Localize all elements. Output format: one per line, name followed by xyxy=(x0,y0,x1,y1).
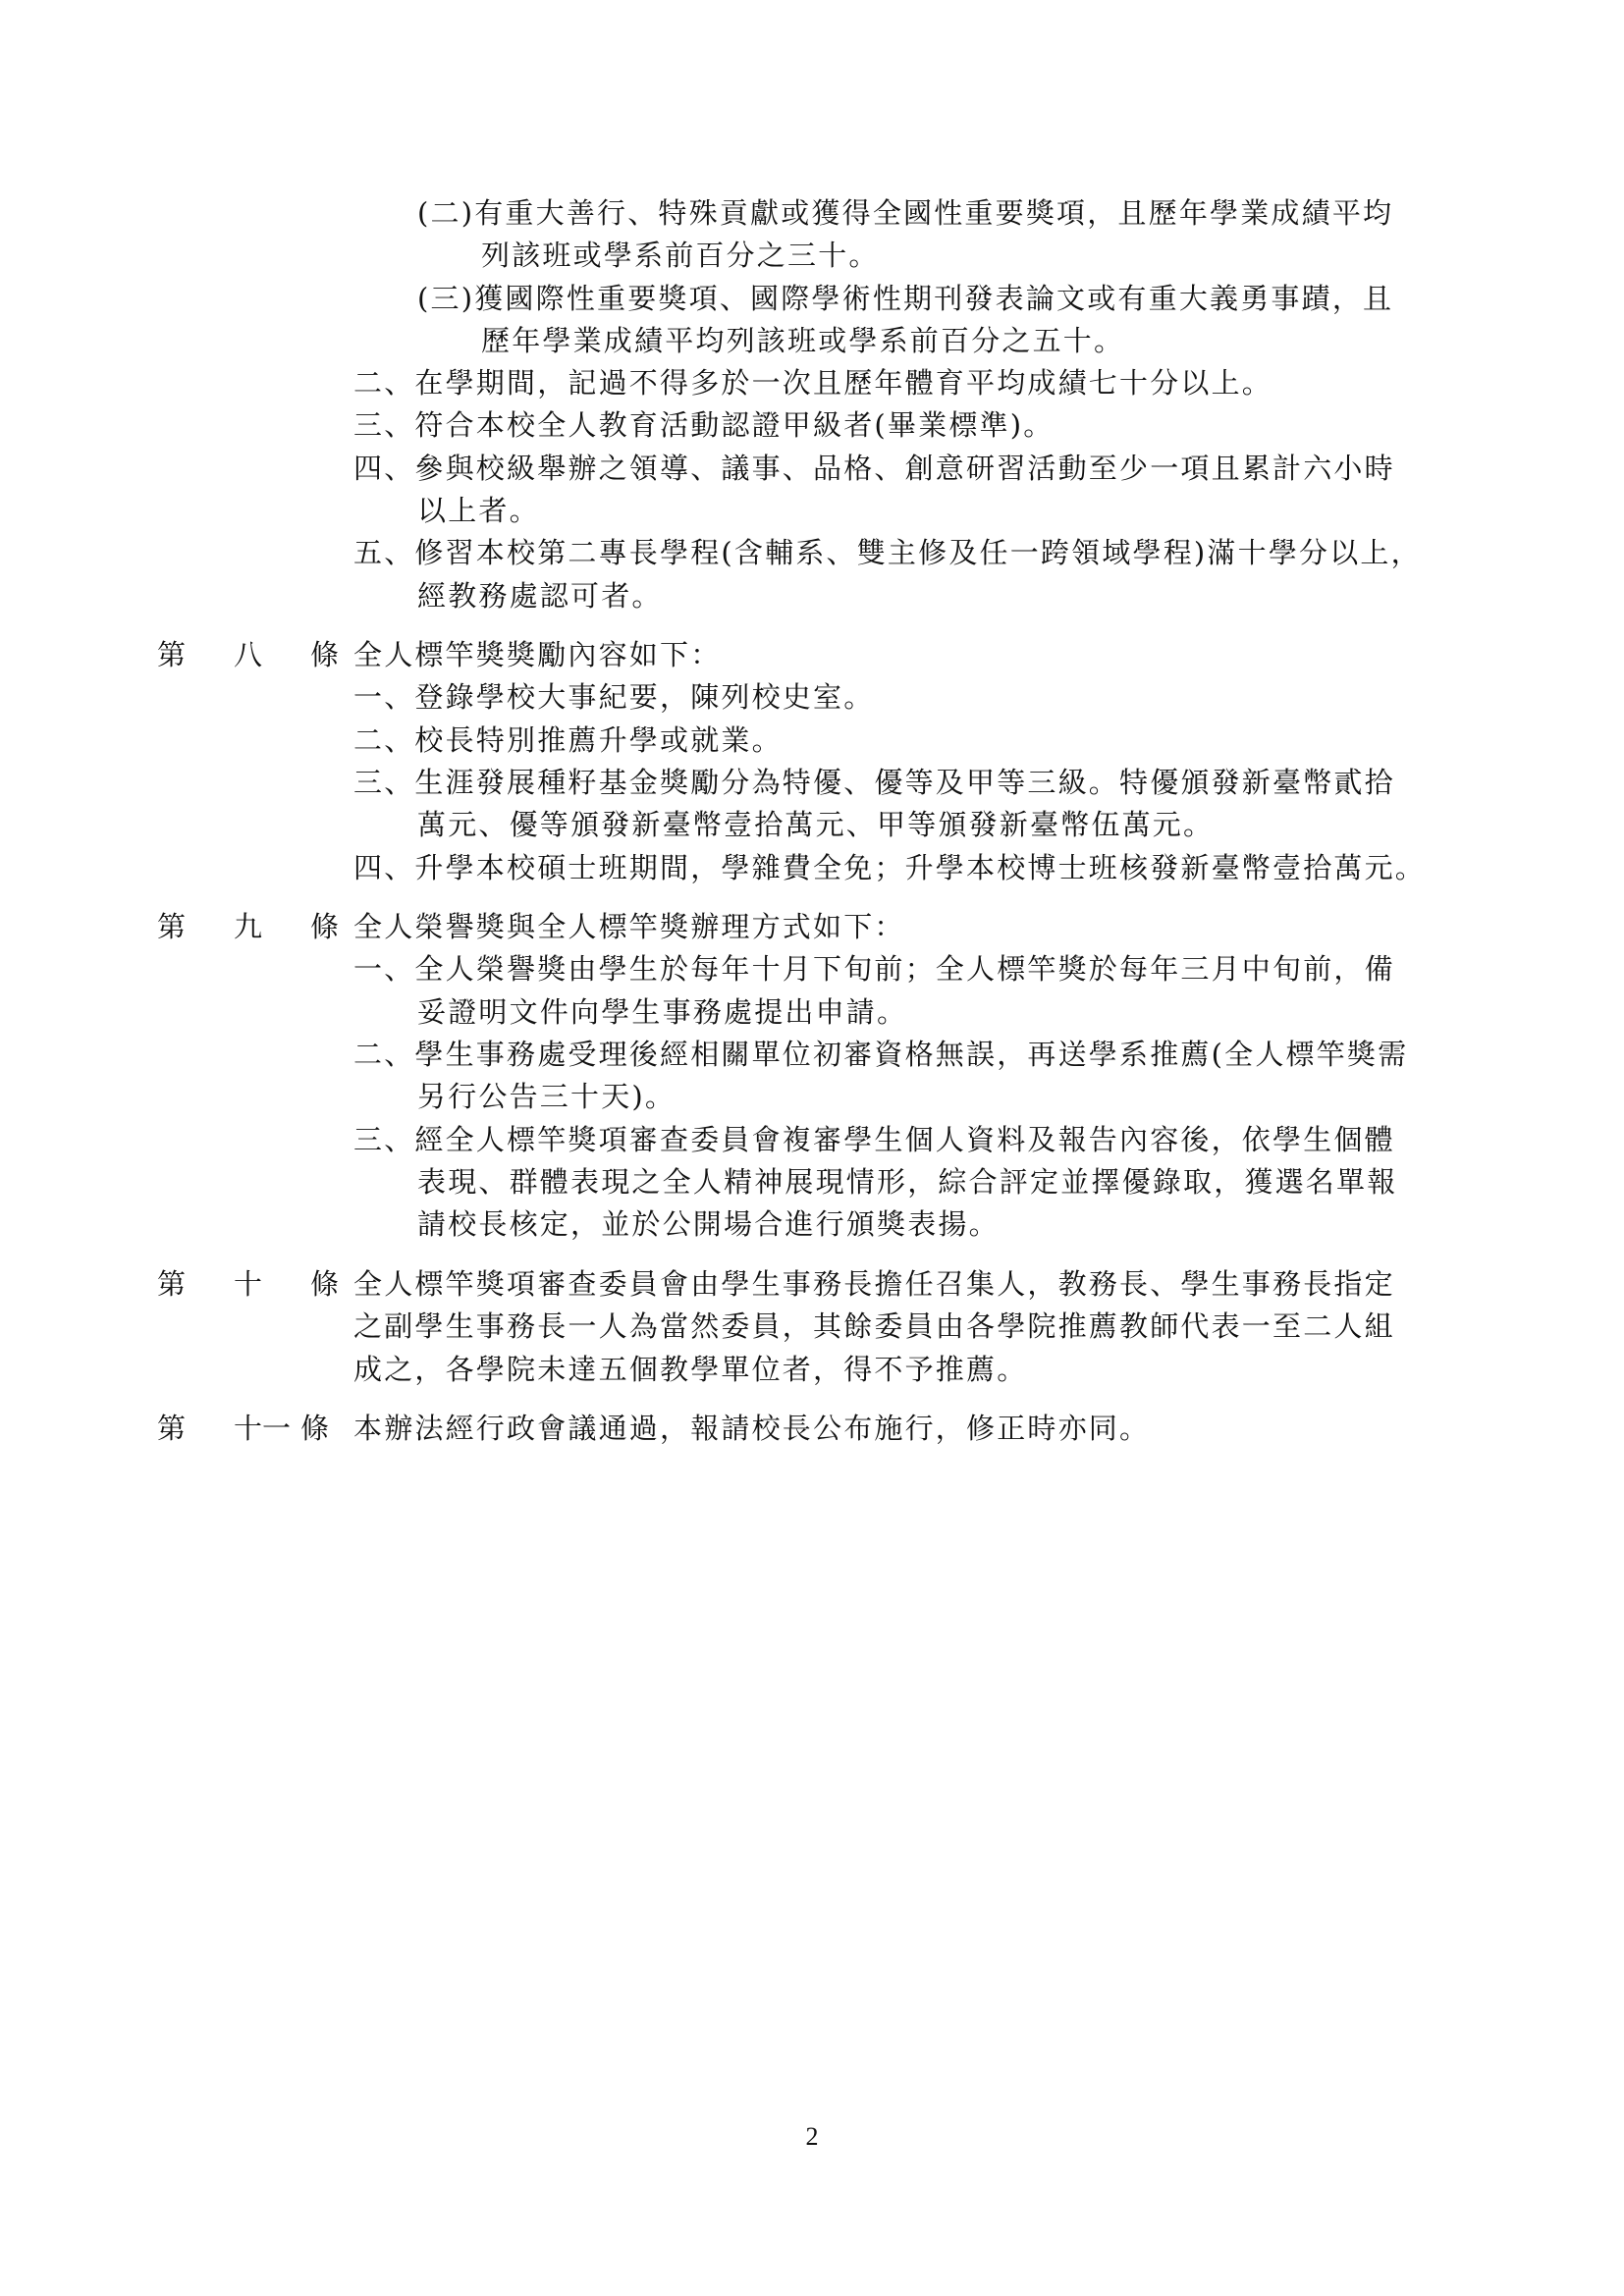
article-label-number: 九 xyxy=(234,910,310,943)
article-10-line-3: 成之，各學院未達五個教學單位者，得不予推薦。 xyxy=(353,1353,1027,1386)
article-8-item-1: 一、登錄學校大事紀要，陳列校史室。 xyxy=(353,680,874,714)
article-label-number: 十一 xyxy=(234,1412,300,1445)
article-9-intro: 全人榮譽獎與全人標竿獎辦理方式如下： xyxy=(353,910,905,943)
sub-item-2-line-1: (二)有重大善行、特殊貢獻或獲得全國性重要獎項，且歷年學業成績平均 xyxy=(417,196,1393,230)
article-label-number: 八 xyxy=(234,638,310,671)
article-8-item-3-line-2: 萬元、優等頒發新臺幣壹拾萬元、甲等頒發新臺幣伍萬元。 xyxy=(417,808,1214,841)
article-10-label: 第十條 xyxy=(157,1267,387,1301)
article-label-prefix: 第 xyxy=(157,910,234,943)
article-label-number: 十 xyxy=(234,1267,310,1301)
page-number: 2 xyxy=(0,2122,1624,2152)
item-2-line-1: 二、在學期間，記過不得多於一次且歷年體育平均成績七十分以上。 xyxy=(353,366,1272,400)
article-11-line-1: 本辦法經行政會議通過，報請校長公布施行，修正時亦同。 xyxy=(353,1412,1150,1445)
item-4-line-1: 四、參與校級舉辦之領導、議事、品格、創意研習活動至少一項且累計六小時 xyxy=(353,452,1395,485)
article-label-prefix: 第 xyxy=(157,1267,234,1301)
article-9-label: 第九條 xyxy=(157,910,387,943)
item-5-line-2: 經教務處認可者。 xyxy=(417,579,663,613)
article-10-line-2: 之副學生事務長一人為當然委員，其餘委員由各學院推薦教師代表一至二人組 xyxy=(353,1309,1395,1343)
article-label-prefix: 第 xyxy=(157,638,234,671)
article-9-item-1-line-1: 一、全人榮譽獎由學生於每年十月下旬前；全人標竿獎於每年三月中旬前，備 xyxy=(353,952,1395,986)
article-9-item-3-line-1: 三、經全人標竿獎項審查委員會複審學生個人資料及報告內容後，依學生個體 xyxy=(353,1123,1395,1156)
sub-item-2-line-2: 列該班或學系前百分之三十。 xyxy=(481,239,880,272)
article-9-item-1-line-2: 妥證明文件向學生事務處提出申請。 xyxy=(417,995,907,1029)
article-label-prefix: 第 xyxy=(157,1412,234,1445)
sub-item-3-line-1: (三)獲國際性重要獎項、國際學術性期刊發表論文或有重大義勇事蹟，且 xyxy=(417,282,1393,315)
item-5-line-1: 五、修習本校第二專長學程(含輔系、雙主修及任一跨領域學程)滿十學分以上， xyxy=(353,536,1422,569)
article-9-item-3-line-2: 表現、群體表現之全人精神展現情形，綜合評定並擇優錄取，獲選名單報 xyxy=(417,1165,1397,1199)
item-4-line-2: 以上者。 xyxy=(417,494,540,527)
article-9-item-3-line-3: 請校長核定，並於公開場合進行頒獎表揚。 xyxy=(417,1207,1000,1241)
article-10-line-1: 全人標竿獎項審查委員會由學生事務長擔任召集人，教務長、學生事務長指定 xyxy=(353,1267,1395,1301)
item-3-line-1: 三、符合本校全人教育活動認證甲級者(畢業標準)。 xyxy=(353,408,1054,442)
article-9-item-2-line-2: 另行公告三十天)。 xyxy=(417,1080,676,1113)
document-page: (二)有重大善行、特殊貢獻或獲得全國性重要獎項，且歷年學業成績平均 列該班或學系… xyxy=(0,0,1624,2296)
article-8-item-3-line-1: 三、生涯發展種籽基金獎勵分為特優、優等及甲等三級。特優頒發新臺幣貳拾 xyxy=(353,766,1395,799)
sub-item-3-line-2: 歷年學業成績平均列該班或學系前百分之五十。 xyxy=(481,324,1124,357)
article-8-label: 第八條 xyxy=(157,638,387,671)
article-8-item-2: 二、校長特別推薦升學或就業。 xyxy=(353,723,783,757)
article-8-item-4: 四、升學本校碩士班期間，學雜費全免；升學本校博士班核發新臺幣壹拾萬元。 xyxy=(353,851,1426,884)
article-9-item-2-line-1: 二、學生事務處受理後經相關單位初審資格無誤，再送學系推薦(全人標竿獎需 xyxy=(353,1038,1408,1071)
article-8-intro: 全人標竿獎獎勵內容如下： xyxy=(353,638,721,671)
article-11-label: 第十一條 xyxy=(157,1412,377,1445)
